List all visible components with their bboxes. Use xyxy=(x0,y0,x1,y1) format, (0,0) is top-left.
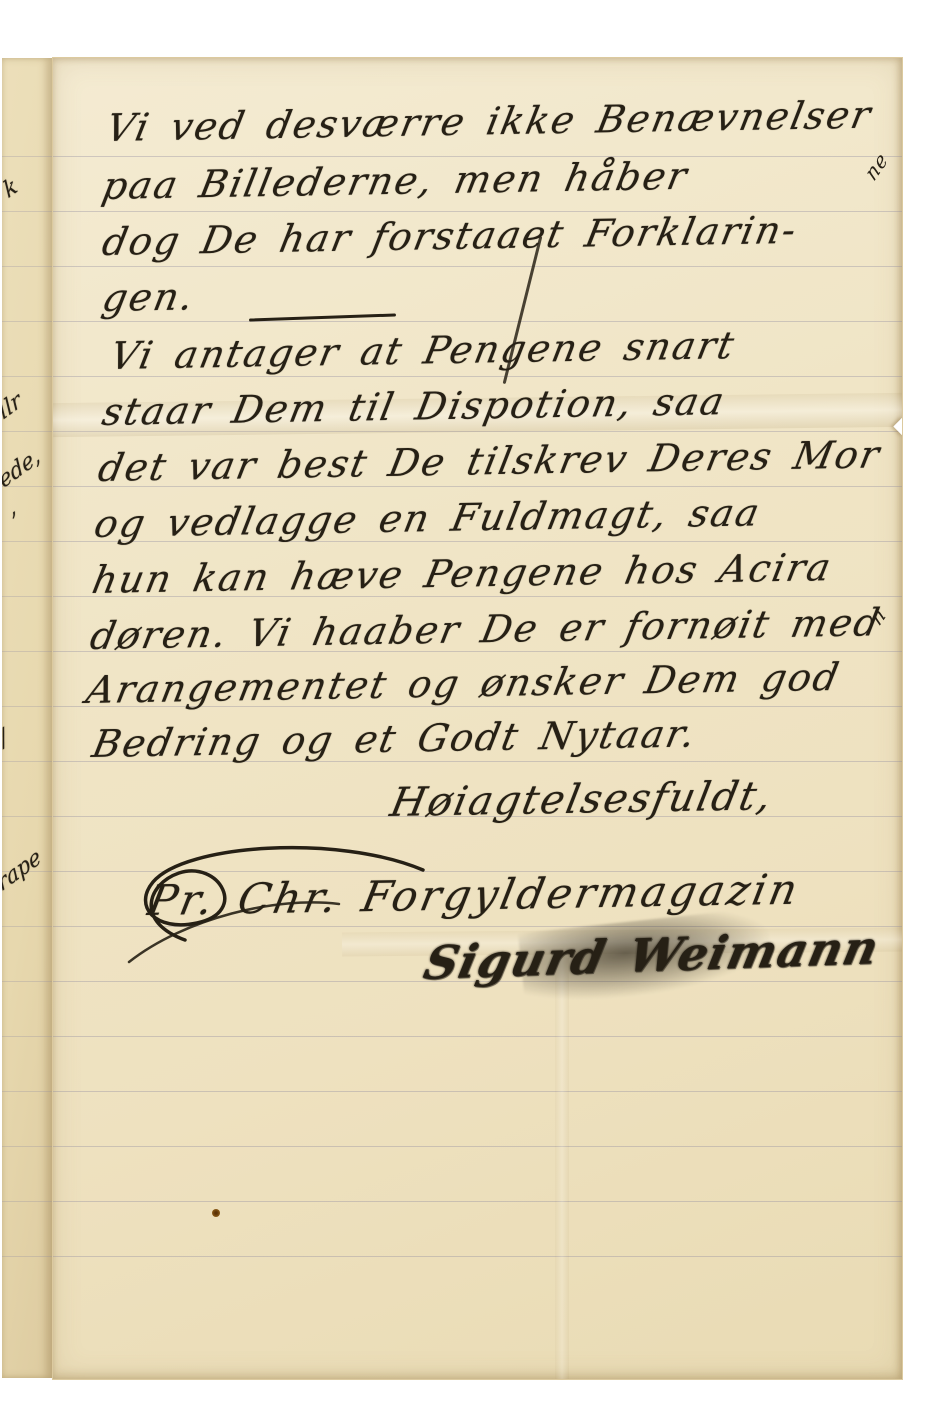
closing-salutation: Høiagtelsesfuldt, xyxy=(387,773,778,826)
ruled-lines xyxy=(53,156,902,1266)
handwriting-line: Vi ved desværre ikke Benævnelser xyxy=(103,93,876,150)
underlying-page-edge: k llr ede, , / rape xyxy=(2,58,52,1378)
ruled-lines-underlying xyxy=(2,156,52,1266)
letter-page: Vi ved desværre ikke Benævnelser ne paa … xyxy=(52,57,903,1380)
ink-stain-dot xyxy=(212,1209,220,1217)
handwriting-line: gen. xyxy=(99,274,199,320)
scanned-letter-view: k llr ede, , / rape Vi ved desværre ikke… xyxy=(0,0,950,1422)
vertical-fold-crease xyxy=(555,958,569,1380)
